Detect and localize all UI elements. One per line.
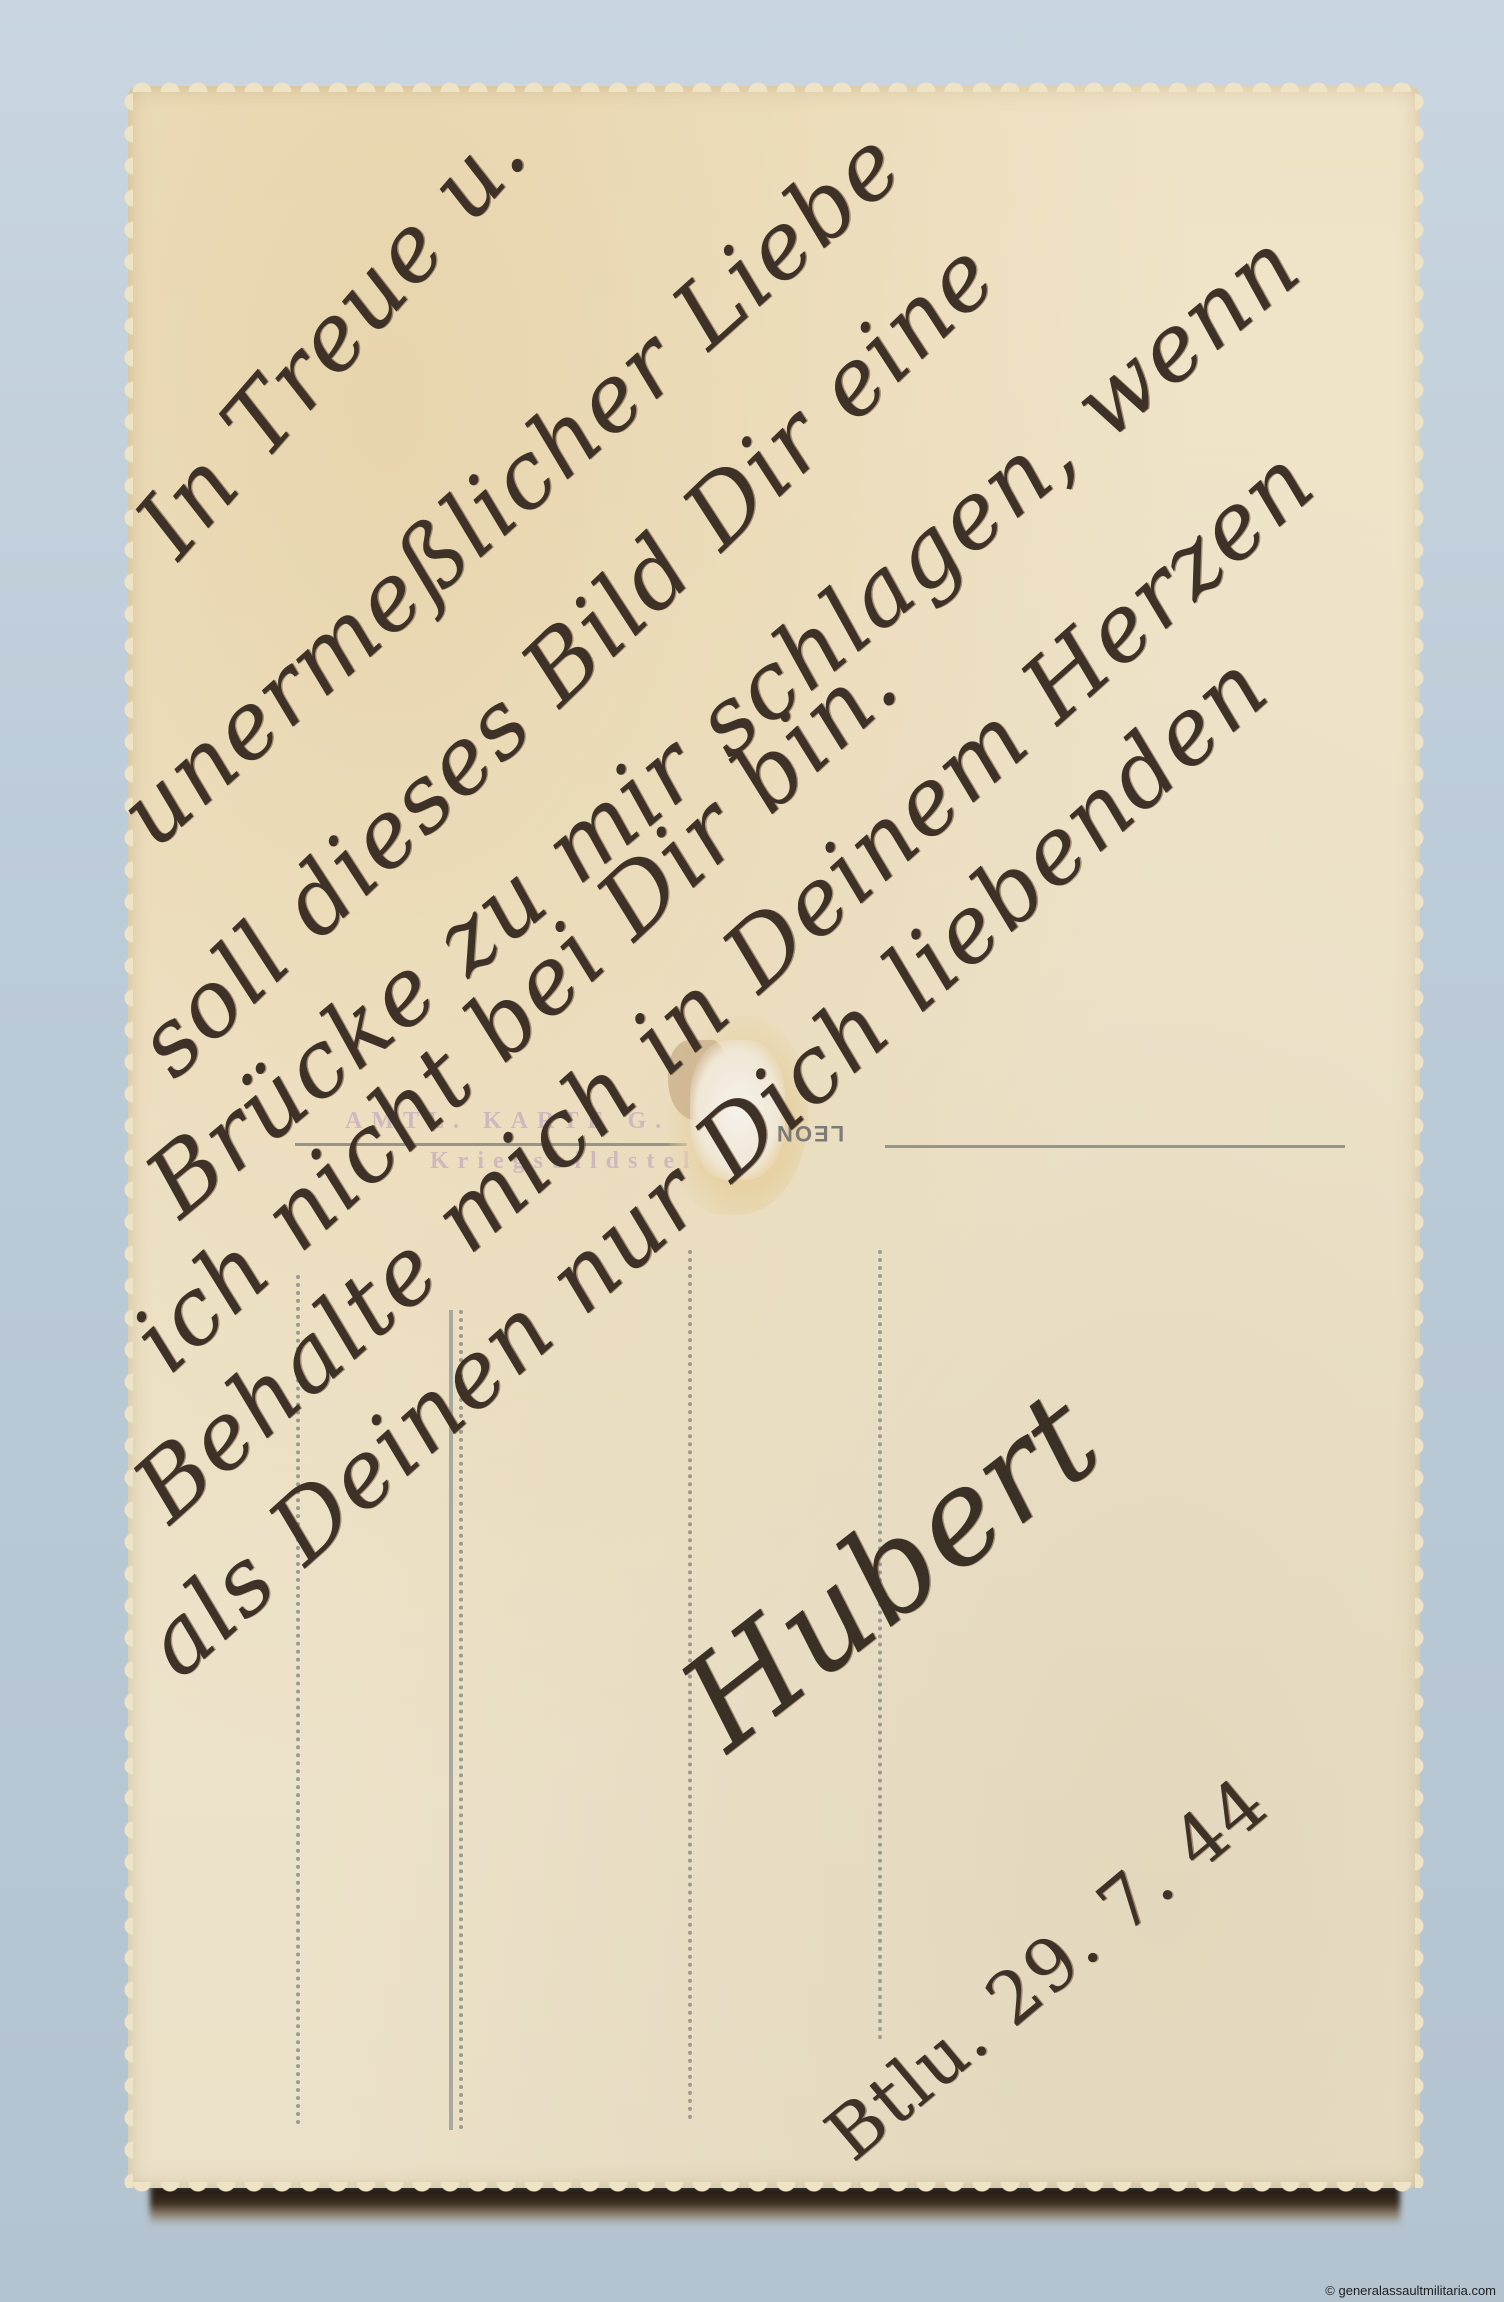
deckled-edge-top bbox=[128, 78, 1420, 92]
deckled-edge-right bbox=[1415, 86, 1427, 2188]
deckled-edge-left bbox=[121, 86, 133, 2188]
address-divider-right bbox=[885, 1145, 1345, 1148]
copyright-watermark: © generalassaultmilitaria.com bbox=[1325, 2283, 1496, 2298]
deckled-edge-bottom bbox=[128, 2182, 1420, 2196]
